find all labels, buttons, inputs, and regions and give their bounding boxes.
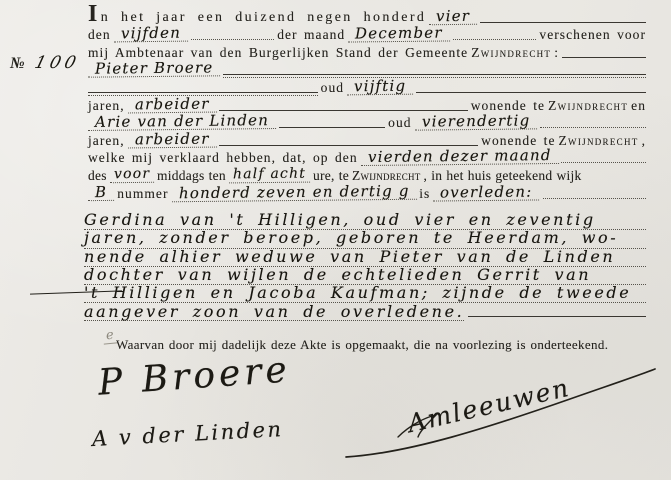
rule-line xyxy=(223,74,646,75)
act-number-value: 100 xyxy=(33,53,82,73)
line-declaration-date: welke mij verklaard hebben, dat, op den … xyxy=(88,150,646,168)
leader-line xyxy=(561,162,646,163)
signature-declarant-2: A v der Linden xyxy=(92,417,285,451)
rule-line xyxy=(416,92,646,93)
age-label: oud xyxy=(321,80,344,97)
leader-line xyxy=(543,198,646,199)
declarant1-occupation-handwritten: arbeider xyxy=(128,97,217,113)
municipality-name: Zwijndrecht xyxy=(471,45,551,62)
house-number-handwritten: honderd zeven en dertig g xyxy=(171,184,416,202)
middags-ten-label: middags ten xyxy=(157,168,226,185)
deceased-details-handwritten-block: Gerdina van 't Hilligen, oud vier en zev… xyxy=(84,212,646,321)
deceased-line-2: jaren, zonder beroep, geboren te Heerdam… xyxy=(84,230,646,248)
colon: : xyxy=(554,45,559,62)
rule-line xyxy=(88,92,318,93)
closing-sentence: Waarvan door mij dadelijk deze Akte is o… xyxy=(116,337,656,353)
year-handwritten: vier xyxy=(429,9,477,25)
declarant2-occupation-handwritten: arbeider xyxy=(128,132,217,148)
signature-declarant-1: P Broere xyxy=(97,349,292,403)
month-handwritten: December xyxy=(348,27,450,43)
leader-line xyxy=(191,39,275,40)
act-number: № 100 xyxy=(10,53,80,73)
rule-line xyxy=(468,316,646,317)
is-label: is xyxy=(419,186,430,203)
time-of-day-handwritten: voor xyxy=(110,168,154,183)
deceased-line-6-text: aangever zoon van de overledene. xyxy=(84,304,464,321)
day-handwritten: vijfden xyxy=(114,27,188,43)
deceased-line-5: 't Hilligen en Jacoba Kaufman; zijnde de… xyxy=(84,285,646,303)
rule-line xyxy=(562,57,646,58)
municipality-name: Zwijndrecht xyxy=(559,133,639,150)
printed-form: In het jaar een duizend negen honderd vi… xyxy=(88,9,646,203)
declarant2-name-handwritten: Arie van der Linden xyxy=(88,114,276,131)
rule-line xyxy=(219,145,478,146)
leader-line xyxy=(540,127,646,128)
number-label: nummer xyxy=(117,186,168,203)
appeared-before-text: verschenen voor xyxy=(539,27,646,44)
death-certificate-scan: № 100 In het jaar een duizend negen hond… xyxy=(0,0,671,480)
declarant2-age-handwritten: vierendertig xyxy=(415,115,537,131)
month-label: der maand xyxy=(277,27,345,44)
line-day-month: den vijfden der maand December verschene… xyxy=(88,27,646,45)
act-number-label: № xyxy=(10,55,25,73)
declarant1-name-handwritten: Pieter Broere xyxy=(88,62,221,78)
day-label: den xyxy=(88,27,111,44)
declared-text: welke mij verklaard hebben, dat, op den xyxy=(88,150,358,167)
age-label: oud xyxy=(388,115,411,132)
deceased-word-handwritten: overleden: xyxy=(433,185,540,201)
death-date-handwritten: vierden dezer maand xyxy=(361,149,559,166)
and-label: en xyxy=(631,98,646,115)
declarant1-age-handwritten: vijftig xyxy=(347,80,413,96)
rule-line xyxy=(279,127,385,128)
leader-line xyxy=(453,39,537,40)
municipality-name: Zwijndrecht xyxy=(548,98,628,115)
years-label: jaren, xyxy=(88,133,125,150)
comma: , xyxy=(642,133,646,150)
rule-line xyxy=(480,22,646,23)
hour-handwritten: half acht xyxy=(229,168,310,184)
year-printed-text: n het jaar een duizend negen honderd xyxy=(101,10,427,25)
drop-cap: I xyxy=(88,1,101,27)
deceased-line-6: aangever zoon van de overledene. xyxy=(84,303,646,320)
district-letter-handwritten: B xyxy=(88,185,114,200)
line-house-number: B nummer honderd zeven en dertig g is ov… xyxy=(88,185,646,203)
signature-official-area: Amleeuwen xyxy=(340,365,660,470)
